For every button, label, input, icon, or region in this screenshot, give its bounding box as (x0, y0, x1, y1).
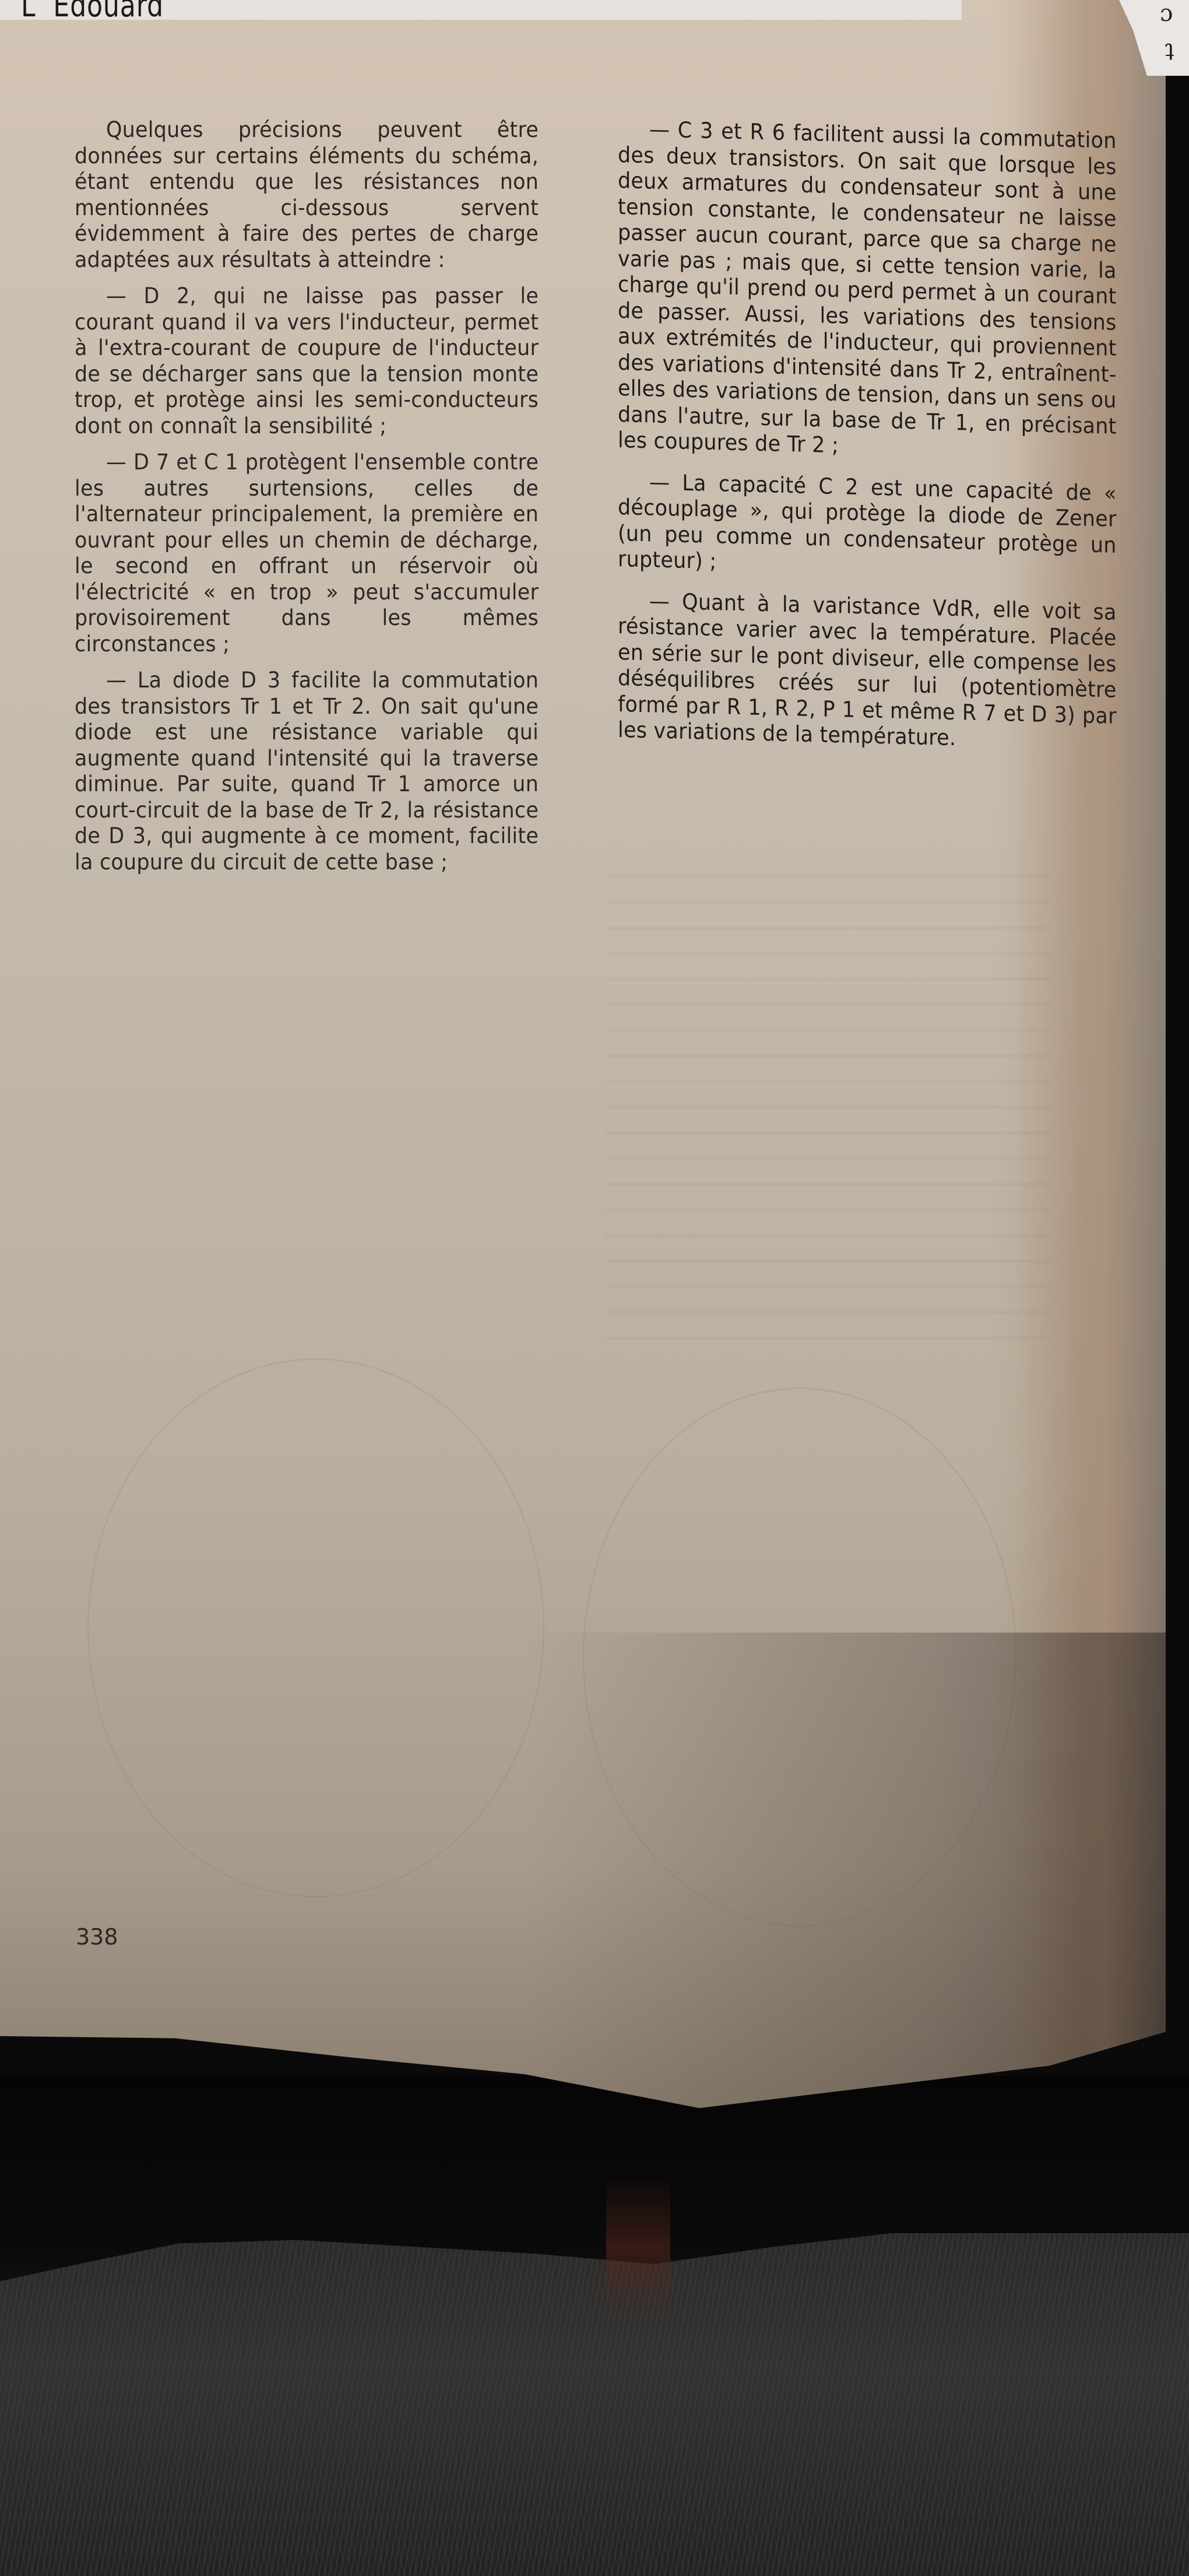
book-page: L Edouard Quelques précisions peuvent êt… (0, 0, 1166, 2117)
page-number: 338 (76, 1924, 118, 1950)
paragraph-d3: — La diode D 3 facilite la commutation d… (75, 667, 539, 875)
right-text-column: — C 3 et R 6 facilitent aussi la commuta… (618, 115, 1117, 770)
paragraph-intro: Quelques précisions peuvent être données… (75, 117, 539, 272)
paragraph-vdr: — Quant à la varistance VdR, elle voit s… (618, 587, 1117, 755)
underlying-page-strip: L Edouard (0, 0, 962, 20)
paragraph-d7-c1: — D 7 et C 1 protègent l'ensemble contre… (75, 449, 539, 657)
show-through-text (606, 875, 1049, 1359)
paragraph-d2: — D 2, qui ne laisse pas passer le coura… (75, 283, 539, 438)
paragraph-c3-r6: — C 3 et R 6 facilitent aussi la commuta… (618, 115, 1117, 465)
background-glint (606, 2175, 670, 2321)
show-through-diagram-left (87, 1359, 544, 1897)
left-text-column: Quelques précisions peuvent être données… (75, 117, 539, 885)
paragraph-c2: — La capacité C 2 est une capacité de « … (618, 468, 1117, 584)
fur-blanket (0, 2233, 1189, 2576)
show-through-diagram-right (583, 1388, 1016, 1926)
running-head: L Edouard (21, 0, 164, 24)
